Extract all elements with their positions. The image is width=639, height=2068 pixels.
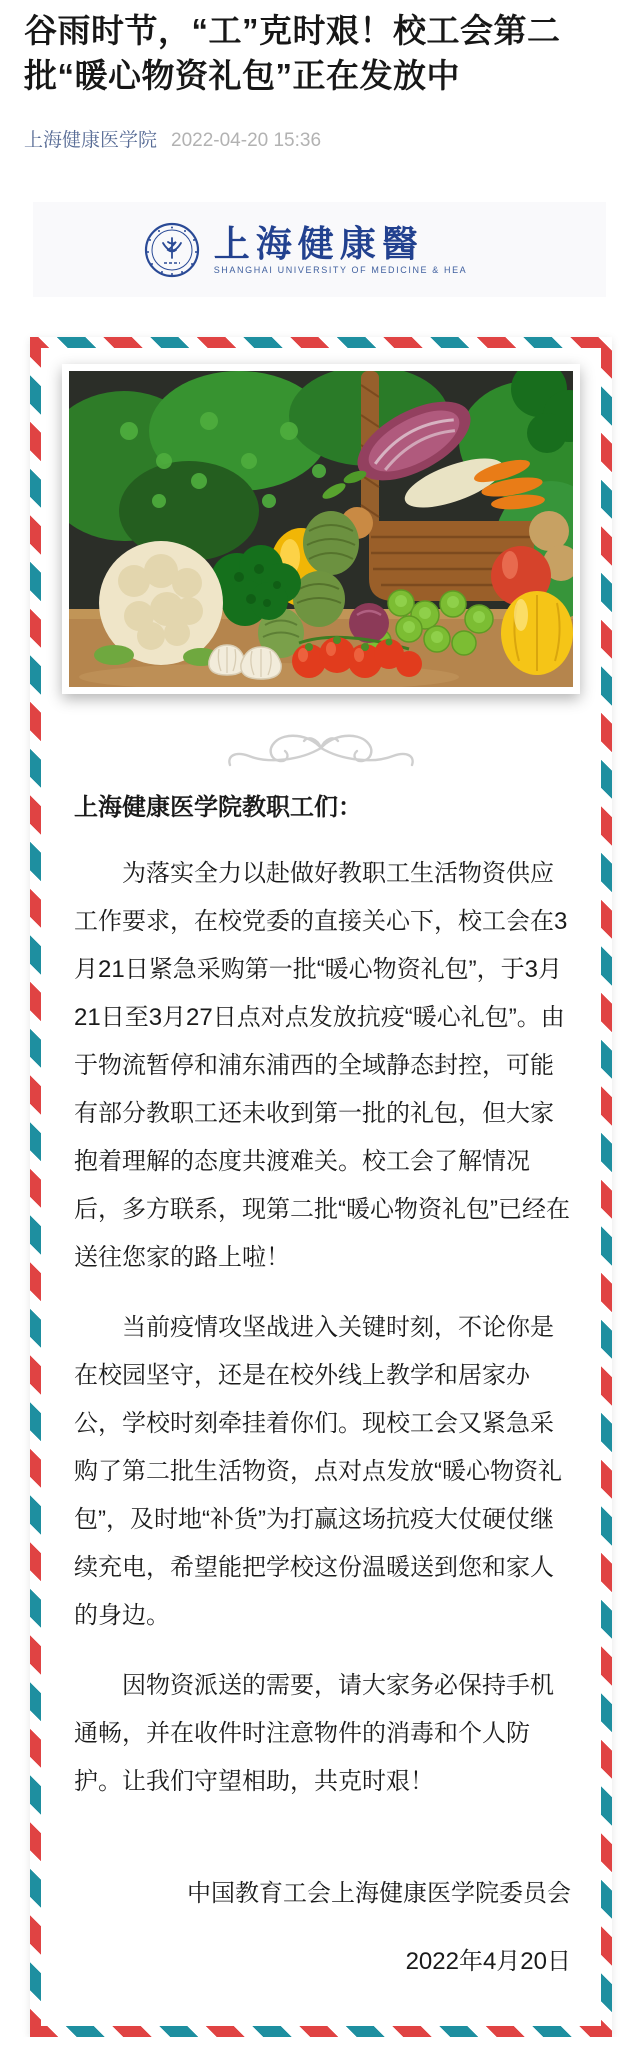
logo-group: 上海健康醫 SHANGHAI UNIVERSITY OF MEDICINE & … (144, 222, 468, 278)
letter-signature: 中国教育工会上海健康医学院委员会 (74, 1870, 571, 1918)
letter-paragraph-3: 因物资派送的需要，请大家务必保持手机通畅，并在收件时注意物件的消毒和个人防护。让… (74, 1662, 571, 1806)
letter-paragraph-1: 为落实全力以赴做好教职工生活物资供应工作要求，在校党委的直接关心下，校工会在3月… (74, 850, 571, 1282)
publish-time: 2022-04-20 15:36 (171, 128, 321, 154)
letter-salutation: 上海健康医学院教职工们： (74, 784, 571, 832)
airmail-envelope-card: 上海健康医学院教职工们： 为落实全力以赴做好教职工生活物资供应工作要求，在校党委… (30, 337, 612, 2037)
article-meta: 上海健康医学院 2022-04-20 15:36 (24, 128, 615, 154)
author-link[interactable]: 上海健康医学院 (24, 128, 157, 154)
page-title: 谷雨时节，“工”克时艰！校工会第二批“暖心物资礼包”正在发放中 (24, 8, 615, 98)
flourish-divider (221, 724, 421, 768)
university-calligraphy-name: 上海健康醫 (214, 225, 468, 263)
university-english-name: SHANGHAI UNIVERSITY OF MEDICINE & HEA (214, 265, 468, 275)
article-header: 谷雨时节，“工”克时艰！校工会第二批“暖心物资礼包”正在发放中 上海健康医学院 … (0, 0, 639, 154)
university-logo-banner: 上海健康醫 SHANGHAI UNIVERSITY OF MEDICINE & … (33, 202, 606, 297)
envelope-inner: 上海健康医学院教职工们： 为落实全力以赴做好教职工生活物资供应工作要求，在校党委… (41, 348, 601, 2026)
university-seal-icon (144, 222, 200, 278)
article-page: 谷雨时节，“工”克时艰！校工会第二批“暖心物资礼包”正在发放中 上海健康医学院 … (0, 0, 639, 2037)
vegetables-basket-photo (69, 371, 573, 687)
vegetables-photo-frame[interactable] (62, 364, 580, 694)
letter-date: 2022年4月20日 (74, 1938, 571, 1986)
letter-body: 上海健康医学院教职工们： 为落实全力以赴做好教职工生活物资供应工作要求，在校党委… (41, 784, 601, 1986)
letter-paragraph-2: 当前疫情攻坚战进入关键时刻，不论你是在校园坚守，还是在校外线上教学和居家办公，学… (74, 1304, 571, 1640)
logo-texts: 上海健康醫 SHANGHAI UNIVERSITY OF MEDICINE & … (214, 225, 468, 275)
